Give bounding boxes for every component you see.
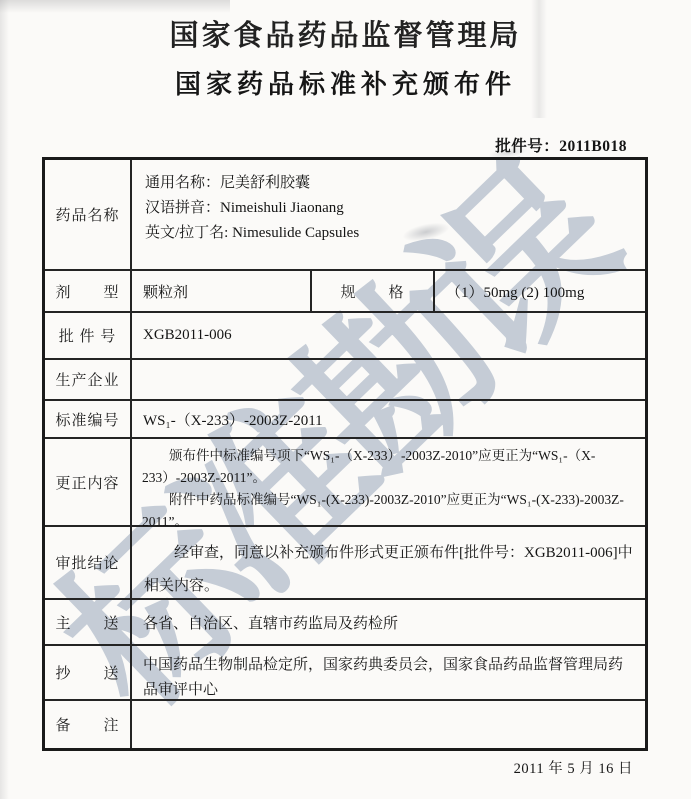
header-approval-number-label: 批件号：	[495, 138, 559, 155]
conclusion-value: 经审查，同意以补充颁布件形式更正颁布件[批件号：XGB2011-006]中相关内…	[132, 527, 645, 598]
specification-value: （1）50mg (2) 100mg	[435, 271, 645, 311]
document-table: 药品名称 通用名称：尼美舒利胶囊 汉语拼音：Nimeishuli Jiaonan…	[42, 157, 648, 751]
specification-label: 规 格	[312, 271, 435, 311]
row-approval-conclusion: 审批结论 经审查，同意以补充颁布件形式更正颁布件[批件号：XGB2011-006…	[45, 527, 645, 600]
row-drug-name: 药品名称 通用名称：尼美舒利胶囊 汉语拼音：Nimeishuli Jiaonan…	[45, 160, 645, 271]
drug-generic-name: 通用名称：尼美舒利胶囊	[145, 171, 310, 196]
manufacturer-value	[132, 360, 645, 399]
main-recipients-value: 各省、自治区、直辖市药监局及药检所	[132, 600, 645, 644]
drug-name-label: 药品名称	[45, 160, 132, 269]
row-dosage-spec: 剂 型 颗粒剂 规 格 （1）50mg (2) 100mg	[45, 271, 645, 313]
approval-no-value: XGB2011-006	[132, 313, 645, 358]
row-remarks: 备 注	[45, 701, 645, 748]
row-manufacturer: 生产企业	[45, 360, 645, 401]
document-title: 国家药品标准补充颁布件	[0, 64, 691, 101]
remarks-value	[132, 701, 645, 748]
dosage-form-value: 颗粒剂	[132, 271, 312, 311]
standard-no-label: 标准编号	[45, 401, 132, 437]
drug-pinyin-name: 汉语拼音：Nimeishuli Jiaonang	[145, 196, 344, 221]
standard-no-value: WS₁-（X-233）-2003Z-2011	[132, 401, 645, 437]
drug-name-cell: 通用名称：尼美舒利胶囊 汉语拼音：Nimeishuli Jiaonang 英文/…	[132, 160, 645, 269]
correction-content: 颁布件中标准编号项下“WS₁-（X-233）-2003Z-2010”应更正为“W…	[132, 439, 645, 525]
issue-date: 2011 年 5 月 16 日	[514, 757, 633, 778]
dosage-form-label: 剂 型	[45, 271, 132, 311]
correction-label: 更正内容	[45, 439, 132, 525]
drug-english-name: 英文/拉丁名: Nimesulide Capsules	[145, 221, 359, 246]
row-main-recipients: 主 送 各省、自治区、直辖市药监局及药检所	[45, 600, 645, 646]
header-approval-number-value: 2011B018	[559, 138, 627, 155]
conclusion-label: 审批结论	[45, 527, 132, 598]
row-standard-no: 标准编号 WS₁-（X-233）-2003Z-2011	[45, 401, 645, 439]
manufacturer-label: 生产企业	[45, 360, 132, 399]
copy-recipients-label: 抄 送	[45, 646, 132, 699]
row-approval-no: 批 件 号 XGB2011-006	[45, 313, 645, 360]
main-recipients-label: 主 送	[45, 600, 132, 644]
scanned-document-page: 标准勘误 国家食品药品监督管理局 国家药品标准补充颁布件 批件号：2011B01…	[0, 0, 691, 799]
scan-edge-shadow-top	[0, 0, 230, 13]
header-approval-number: 批件号：2011B018	[495, 134, 627, 156]
agency-title: 国家食品药品监督管理局	[0, 13, 691, 54]
scan-edge-shadow-left	[0, 0, 9, 799]
row-correction-content: 更正内容 颁布件中标准编号项下“WS₁-（X-233）-2003Z-2010”应…	[45, 439, 645, 527]
remarks-label: 备 注	[45, 701, 132, 748]
copy-recipients-value: 中国药品生物制品检定所，国家药典委员会，国家食品药品监督管理局药品审评中心	[132, 646, 645, 699]
approval-no-label: 批 件 号	[45, 313, 132, 358]
correction-paragraph-1: 颁布件中标准编号项下“WS₁-（X-233）-2003Z-2010”应更正为“W…	[142, 445, 635, 489]
row-copy-recipients: 抄 送 中国药品生物制品检定所，国家药典委员会，国家食品药品监督管理局药品审评中…	[45, 646, 645, 701]
